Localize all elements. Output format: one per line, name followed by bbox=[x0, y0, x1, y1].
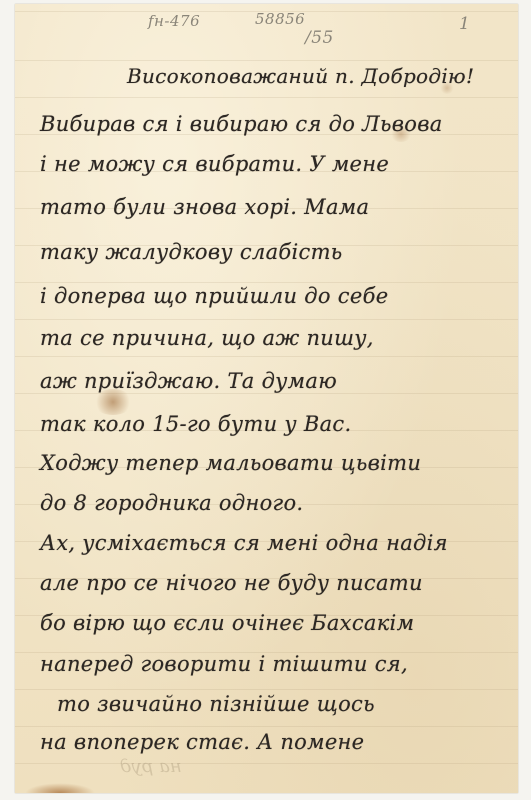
letter-line-11: Ах, усміхається ся мені одна надія bbox=[40, 531, 448, 555]
letter-line-9: Ходжу тепер мальовати цьвіти bbox=[40, 451, 421, 475]
letter-line-8: так коло 15-го бути у Вас. bbox=[40, 412, 351, 436]
letter-line-14: наперед говорити і тішити ся, bbox=[40, 652, 408, 676]
letter-line-1: Вибирав ся і вибираю ся до Львова bbox=[40, 112, 443, 136]
letter-page: fн-476 58856 /55 1 на руд Високоповажани… bbox=[15, 4, 518, 793]
letter-line-12: але про се нічого не буду писати bbox=[40, 571, 423, 595]
letter-line-16: на впоперек стає. А помене bbox=[40, 730, 364, 754]
letter-line-13: бо вірю що єсли очінеє Бахсакім bbox=[40, 611, 414, 635]
scan-canvas: fн-476 58856 /55 1 на руд Високоповажани… bbox=[0, 0, 531, 800]
edge-stain bbox=[25, 783, 95, 793]
letter-line-7: аж приїзджаю. Та думаю bbox=[40, 369, 337, 393]
letter-line-2: і не можу ся вибрати. У мене bbox=[40, 152, 389, 176]
inventory-sub: /55 bbox=[305, 28, 334, 48]
letter-line-10: до 8 городника одного. bbox=[40, 491, 303, 515]
page-number: 1 bbox=[459, 14, 470, 34]
fond-number: fн-476 bbox=[148, 12, 200, 30]
inventory-number: 58856 bbox=[255, 10, 305, 28]
letter-line-3: тато були знова хорі. Мама bbox=[40, 195, 369, 219]
salutation: Високоповажаний п. Добродію! bbox=[127, 64, 474, 88]
letter-line-6: та се причина, що аж пишу, bbox=[40, 326, 374, 350]
letter-line-4: таку жалудкову слабість bbox=[40, 240, 343, 264]
letter-line-15: то звичайно пізнійше щось bbox=[57, 692, 375, 716]
bleed-through-text: на руд bbox=[120, 756, 182, 777]
letter-line-5: і допервa що прийшли до себе bbox=[40, 284, 388, 308]
